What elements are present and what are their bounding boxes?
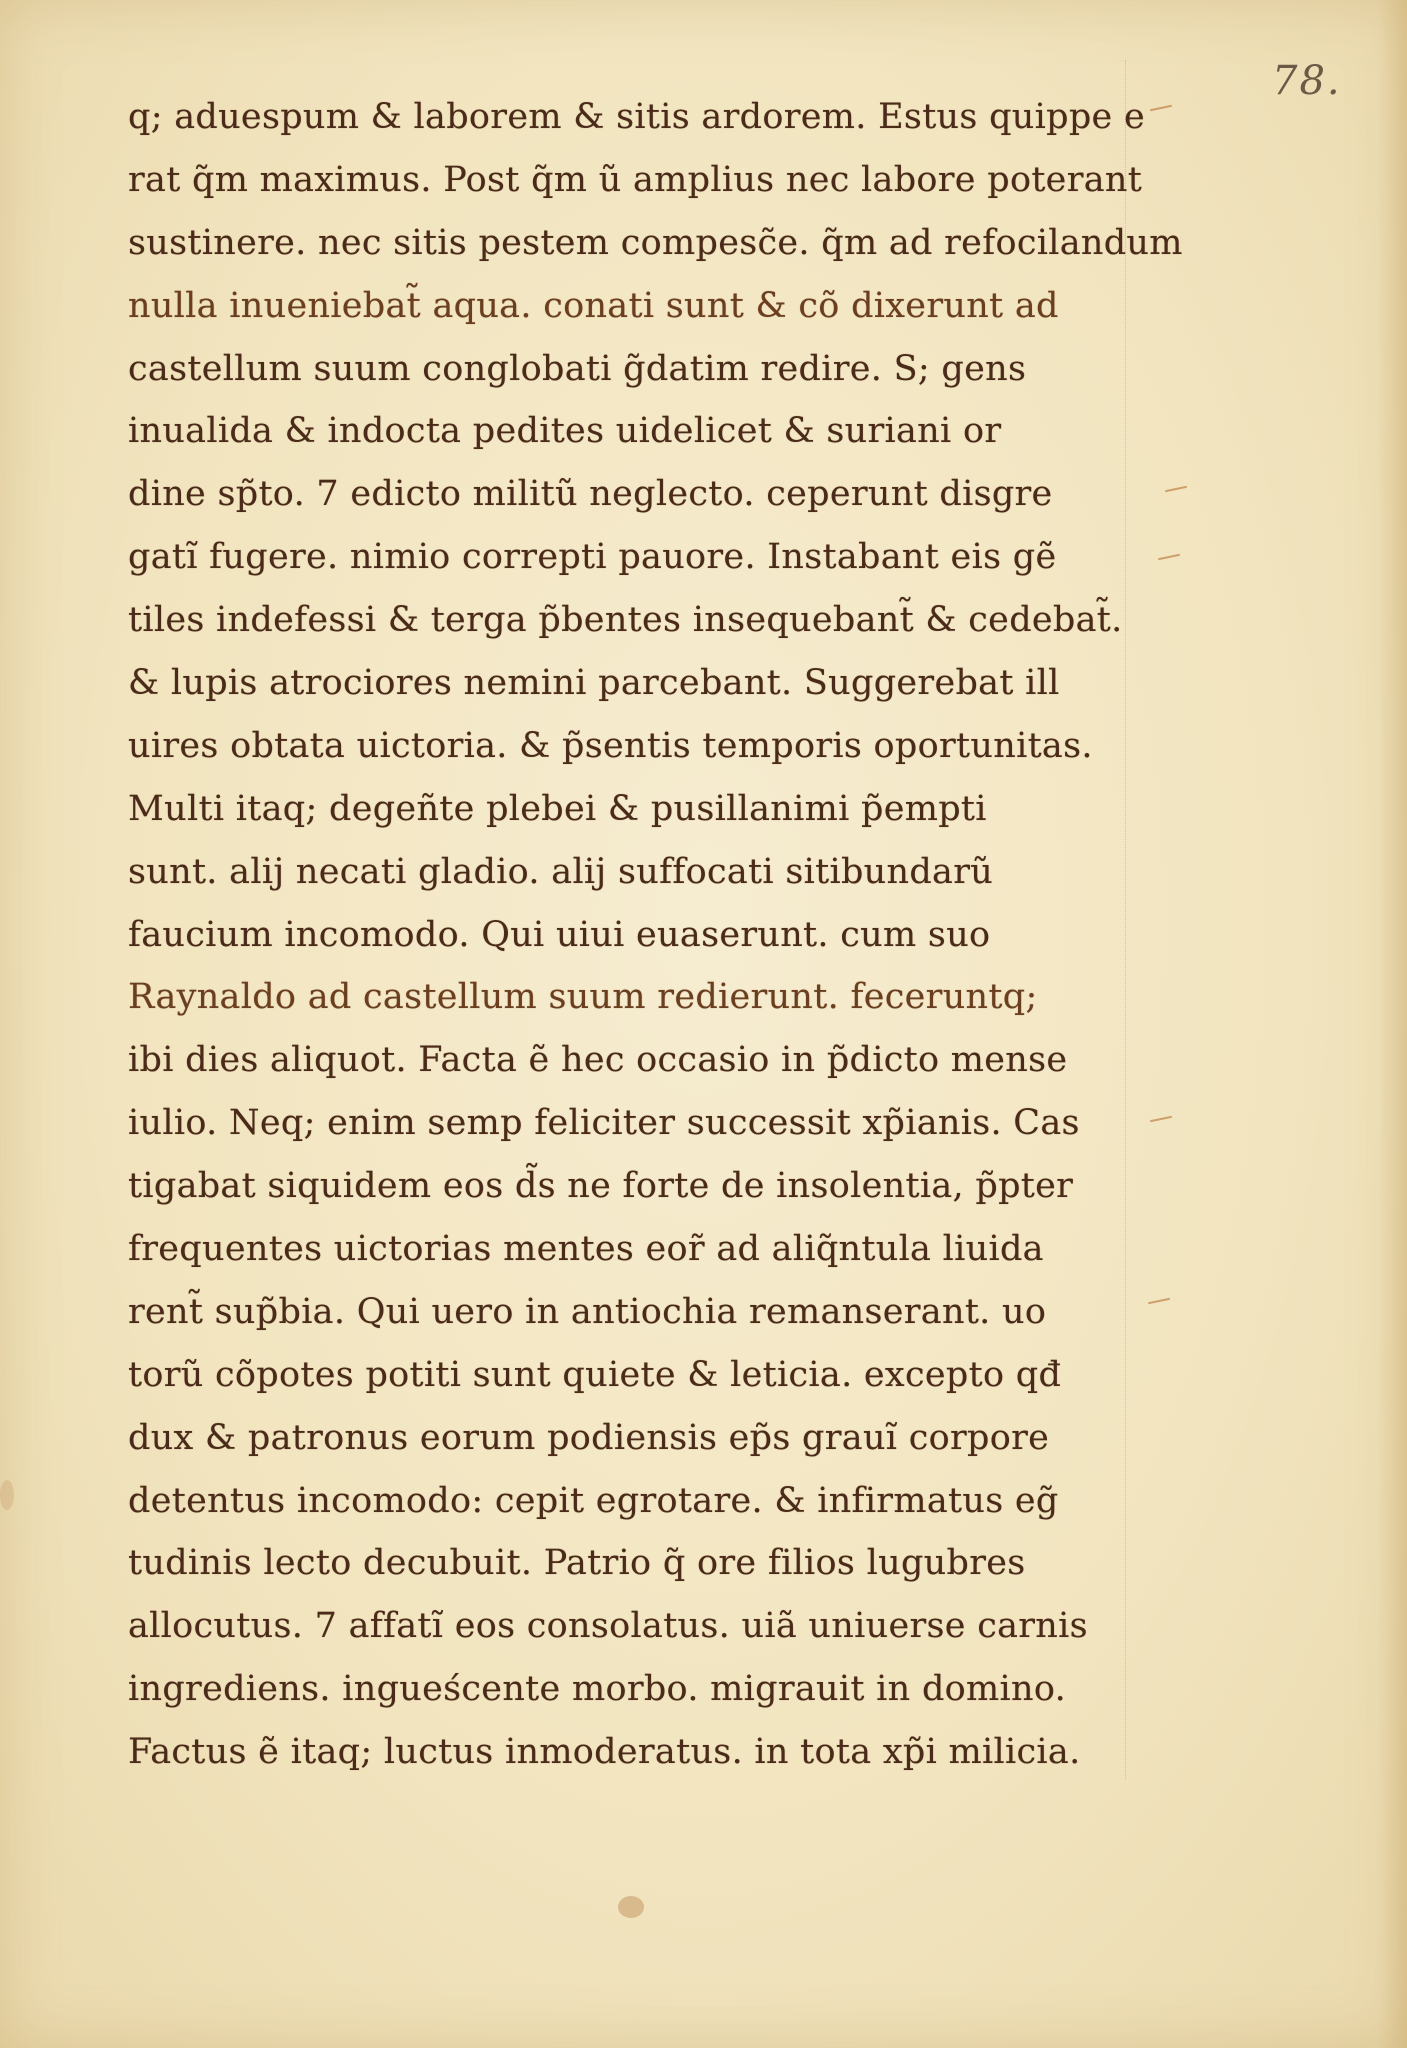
- text-line: ingrediens. ingueścente morbo. migrauit …: [128, 1658, 1158, 1721]
- text-line: rat q̃m maximus. Post q̃m ũ amplius nec …: [128, 149, 1158, 212]
- ink-stain: [618, 1896, 644, 1918]
- line-filler-stroke: [1158, 554, 1180, 561]
- text-line: dux & patronus eorum podiensis ep̃s grau…: [128, 1407, 1158, 1470]
- page-edge-shadow: [1379, 0, 1407, 2048]
- text-line: dine sp̃to. 7 edicto militũ neglecto. ce…: [128, 463, 1158, 526]
- text-line: uires obtata uictoria. & p̃sentis tempor…: [128, 715, 1158, 778]
- folio-number: 78.: [1272, 58, 1342, 104]
- text-line: sustinere. nec sitis pestem compesc̃e. q…: [128, 212, 1158, 275]
- text-line: faucium incomodo. Qui uiui euaserunt. cu…: [128, 904, 1158, 967]
- text-line: Raynaldo ad castellum suum redierunt. fe…: [128, 966, 1158, 1029]
- text-line: ibi dies aliquot. Facta ẽ hec occasio in…: [128, 1029, 1158, 1092]
- text-line: detentus incomodo: cepit egrotare. & inf…: [128, 1470, 1158, 1533]
- text-line: Multi itaq; degeñte plebei & pusillanimi…: [128, 778, 1158, 841]
- text-line: allocutus. 7 affatĩ eos consolatus. uiã …: [128, 1595, 1158, 1658]
- text-line: inualida & indocta pedites uidelicet & s…: [128, 400, 1158, 463]
- text-line: tiles indefessi & terga p̃bentes inseque…: [128, 589, 1158, 652]
- line-filler-stroke: [1165, 486, 1187, 493]
- text-line: tudinis lecto decubuit. Patrio q̃ ore fi…: [128, 1532, 1158, 1595]
- text-line: iulio. Neq; enim semp feliciter successi…: [128, 1092, 1158, 1155]
- text-line: nulla inueniebat̃ aqua. conati sunt & cõ…: [128, 275, 1158, 338]
- text-line: castellum suum conglobati g̃datim redire…: [128, 338, 1158, 401]
- text-line: Factus ẽ itaq; luctus inmoderatus. in to…: [128, 1721, 1158, 1784]
- text-line: sunt. alij necati gladio. alij suffocati…: [128, 841, 1158, 904]
- manuscript-text-block: q; aduespum & laborem & sitis ardorem. E…: [128, 86, 1158, 1784]
- text-line: & lupis atrociores nemini parcebant. Sug…: [128, 652, 1158, 715]
- text-line: gatĩ fugere. nimio correpti pauore. Inst…: [128, 526, 1158, 589]
- ink-stain: [0, 1480, 14, 1510]
- text-line: tigabat siquidem eos d̃s ne forte de ins…: [128, 1155, 1158, 1218]
- text-line: q; aduespum & laborem & sitis ardorem. E…: [128, 86, 1158, 149]
- manuscript-page: 78. q; aduespum & laborem & sitis ardore…: [0, 0, 1407, 2048]
- text-line: torũ cõpotes potiti sunt quiete & letici…: [128, 1344, 1158, 1407]
- text-line: rent̃ sup̃bia. Qui uero in antiochia rem…: [128, 1281, 1158, 1344]
- text-line: frequentes uictorias mentes eor̃ ad aliq…: [128, 1218, 1158, 1281]
